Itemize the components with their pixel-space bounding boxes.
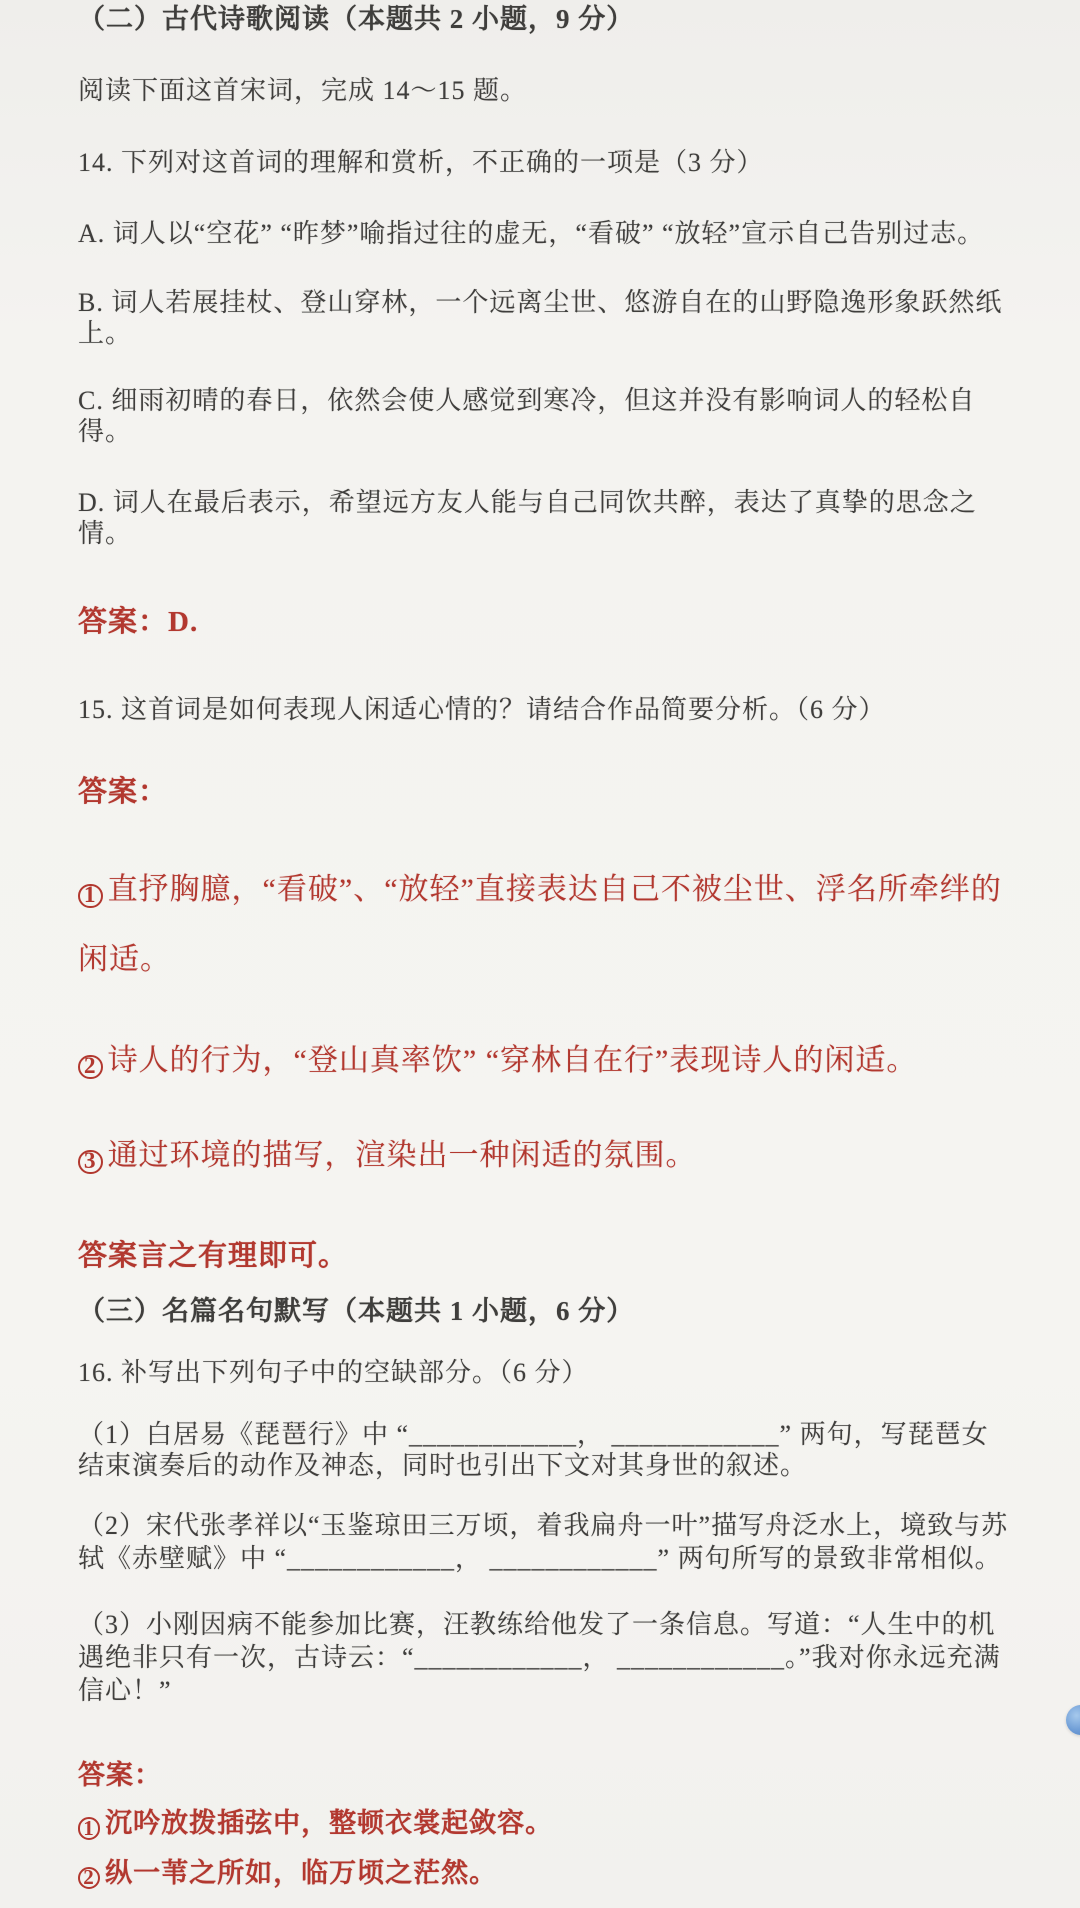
circled-number-2-icon: 2	[78, 1055, 103, 1080]
answer-16-point-1-text: 沉吟放拨插弦中，整顿衣裳起敛容。	[105, 1808, 553, 1838]
question-16-item-3: （3）小刚因病不能参加比赛，汪教练给他发了一条信息。写道：“人生中的机遇绝非只有…	[78, 1608, 1014, 1707]
answer-15-point-1: 1直抒胸臆，“看破”、“放轻”直接表达自己不被尘世、浮名所牵绊的闲适。	[78, 855, 1014, 995]
question-14: 14. 下列对这首词的理解和赏析，不正确的一项是（3 分）	[78, 147, 1014, 178]
question-14-option-d: D. 词人在最后表示，希望远方友人能与自己同饮共醉，表达了真挚的思念之情。	[78, 487, 1014, 549]
question-15: 15. 这首词是如何表现人闲适心情的？请结合作品简要分析。（6 分）	[78, 694, 1014, 725]
answer-15-point-2-text: 诗人的行为，“登山真率饮” “穿林自在行”表现诗人的闲适。	[108, 1044, 918, 1077]
question-16-item-1: （1）白居易《琵琶行》中 “____________， ____________…	[78, 1419, 1014, 1481]
answer-15-point-3: 3通过环境的描写，渲染出一种闲适的氛围。	[78, 1136, 1014, 1176]
answer-16-point-1: 1沉吟放拨插弦中，整顿衣裳起敛容。	[78, 1807, 1014, 1840]
question-14-option-b: B. 词人若展挂杖、登山穿林，一个远离尘世、悠游自在的山野隐逸形象跃然纸上。	[78, 287, 1014, 349]
floating-edge-bubble[interactable]	[1066, 1705, 1080, 1735]
question-16: 16. 补写出下列句子中的空缺部分。（6 分）	[78, 1357, 1014, 1388]
answer-15-point-2: 2诗人的行为，“登山真率饮” “穿林自在行”表现诗人的闲适。	[78, 1041, 1014, 1081]
answer-16-point-2-text: 纵一苇之所如，临万顷之茫然。	[105, 1858, 497, 1888]
answer-15-point-3-text: 通过环境的描写，渲染出一种闲适的氛围。	[108, 1139, 697, 1172]
answer-15-label: 答案：	[78, 775, 1014, 809]
answer-14: 答案：D.	[78, 605, 1014, 639]
circled-number-1-icon: 1	[78, 1817, 100, 1839]
question-14-option-c: C. 细雨初晴的春日，依然会使人感觉到寒冷，但这并没有影响词人的轻松自得。	[78, 385, 1014, 447]
answer-16-label: 答案：	[78, 1759, 1014, 1791]
circled-number-2-icon: 2	[78, 1867, 100, 1889]
question-14-option-a: A. 词人以“空花” “昨梦”喻指过往的虚无，“看破” “放轻”宣示自己告别过志…	[78, 218, 1014, 249]
question-16-item-2: （2）宋代张孝祥以“玉鉴琼田三万顷，着我扁舟一叶”描写舟泛水上，境致与苏轼《赤壁…	[78, 1509, 1014, 1575]
exam-paper-page: （二）古代诗歌阅读（本题共 2 小题，9 分） 阅读下面这首宋词，完成 14～1…	[0, 0, 1080, 1908]
reading-instruction: 阅读下面这首宋词，完成 14～15 题。	[78, 75, 1014, 106]
circled-number-3-icon: 3	[78, 1150, 103, 1175]
section-heading-poetry-reading: （二）古代诗歌阅读（本题共 2 小题，9 分）	[78, 4, 1014, 35]
section-heading-dictation: （三）名篇名句默写（本题共 1 小题，6 分）	[78, 1296, 1014, 1327]
answer-16-point-2: 2纵一苇之所如，临万顷之茫然。	[78, 1857, 1014, 1890]
answer-15-note: 答案言之有理即可。	[78, 1239, 1014, 1273]
answer-15-point-1-text: 直抒胸臆，“看破”、“放轻”直接表达自己不被尘世、浮名所牵绊的闲适。	[78, 873, 1002, 976]
circled-number-1-icon: 1	[78, 884, 103, 909]
